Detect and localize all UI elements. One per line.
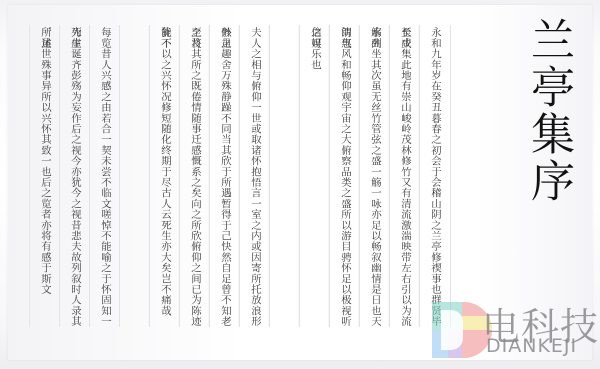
column-text: 为虚诞齐彭殇为妄作后之视今亦犹今之视昔悲夫故列叙时人录其所述 bbox=[60, 27, 90, 327]
text-column-6 bbox=[269, 25, 300, 327]
column-text: 长咸集此地有崇山峻岭茂林修竹又有清流激湍映带左右引以为流觞曲 bbox=[390, 27, 420, 327]
column-text: 永和九年岁在癸丑暮春之初会于会稽山阴之兰亭修禊事也群贤毕至少 bbox=[420, 27, 450, 327]
text-column-5: 信可乐也 bbox=[299, 25, 330, 327]
column-text: 能不以之兴怀况修短随化终期于尽古人云死生亦大矣岂不痛哉 bbox=[150, 27, 180, 316]
column-text: 外虽趣舍万殊静躁不同当其欣于所遇暂得于己快然自足曾不知老之将 bbox=[210, 27, 240, 327]
text-column-1: 永和九年岁在癸丑暮春之初会于会稽山阴之兰亭修禊事也群贤毕至少 bbox=[419, 25, 451, 327]
text-column-7: 夫人之相与俯仰一世或取诸怀抱悟言一室之内或因寄所托放浪形骸之 bbox=[239, 25, 270, 327]
column-text: 水列坐其次虽无丝竹管弦之盛一觞一咏亦足以畅叙幽情是日也天朗气 bbox=[360, 27, 390, 327]
text-column-8: 外虽趣舍万殊静躁不同当其欣于所遇暂得于己快然自足曾不知老之将 bbox=[209, 25, 240, 327]
watermark-logo: 电科技 DIANKEJI bbox=[430, 302, 600, 362]
column-text: 每览昔人兴感之由若合一契未尝不临文嗟悼不能喻之于怀固知一死生 bbox=[90, 27, 120, 327]
text-column-9: 至及其所之既倦情随事迁感慨系之矣向之所欣俯仰之间已为陈迹犹不 bbox=[179, 25, 210, 327]
text-column-12: 每览昔人兴感之由若合一契未尝不临文嗟悼不能喻之于怀固知一死生 bbox=[89, 25, 120, 327]
text-column-14: ，虽世殊事异所以兴怀其致一也后之览者亦将有感于斯文 bbox=[29, 25, 60, 327]
text-column-3: 水列坐其次虽无丝竹管弦之盛一觞一咏亦足以畅叙幽情是日也天朗气 bbox=[359, 25, 390, 327]
watermark-brand-en: DIANKEJI bbox=[486, 335, 577, 357]
column-text: 夫人之相与俯仰一世或取诸怀抱悟言一室之内或因寄所托放浪形骸之 bbox=[240, 27, 270, 327]
text-column-4: 清惠风和畅仰观宇宙之大俯察品类之盛所以游目骋怀足以极视听之娱 bbox=[329, 25, 360, 327]
text-column-10: 能不以之兴怀况修短随化终期于尽古人云死生亦大矣岂不痛哉 bbox=[149, 25, 180, 327]
document-title: 兰亭集序 bbox=[520, 17, 576, 205]
column-text: 至及其所之既倦情随事迁感慨系之矣向之所欣俯仰之间已为陈迹犹不 bbox=[180, 27, 210, 327]
text-column-11 bbox=[119, 25, 150, 327]
column-text: 信可乐也 bbox=[300, 27, 330, 70]
column-text: ，虽世殊事异所以兴怀其致一也后之览者亦将有感于斯文 bbox=[30, 27, 60, 295]
column-text: 清惠风和畅仰观宇宙之大俯察品类之盛所以游目骋怀足以极视听之娱 bbox=[330, 27, 360, 327]
text-column-2: 长咸集此地有崇山峻岭茂林修竹又有清流激湍映带左右引以为流觞曲 bbox=[389, 25, 420, 327]
text-column-13: 为虚诞齐彭殇为妄作后之视今亦犹今之视昔悲夫故列叙时人录其所述 bbox=[59, 25, 90, 327]
